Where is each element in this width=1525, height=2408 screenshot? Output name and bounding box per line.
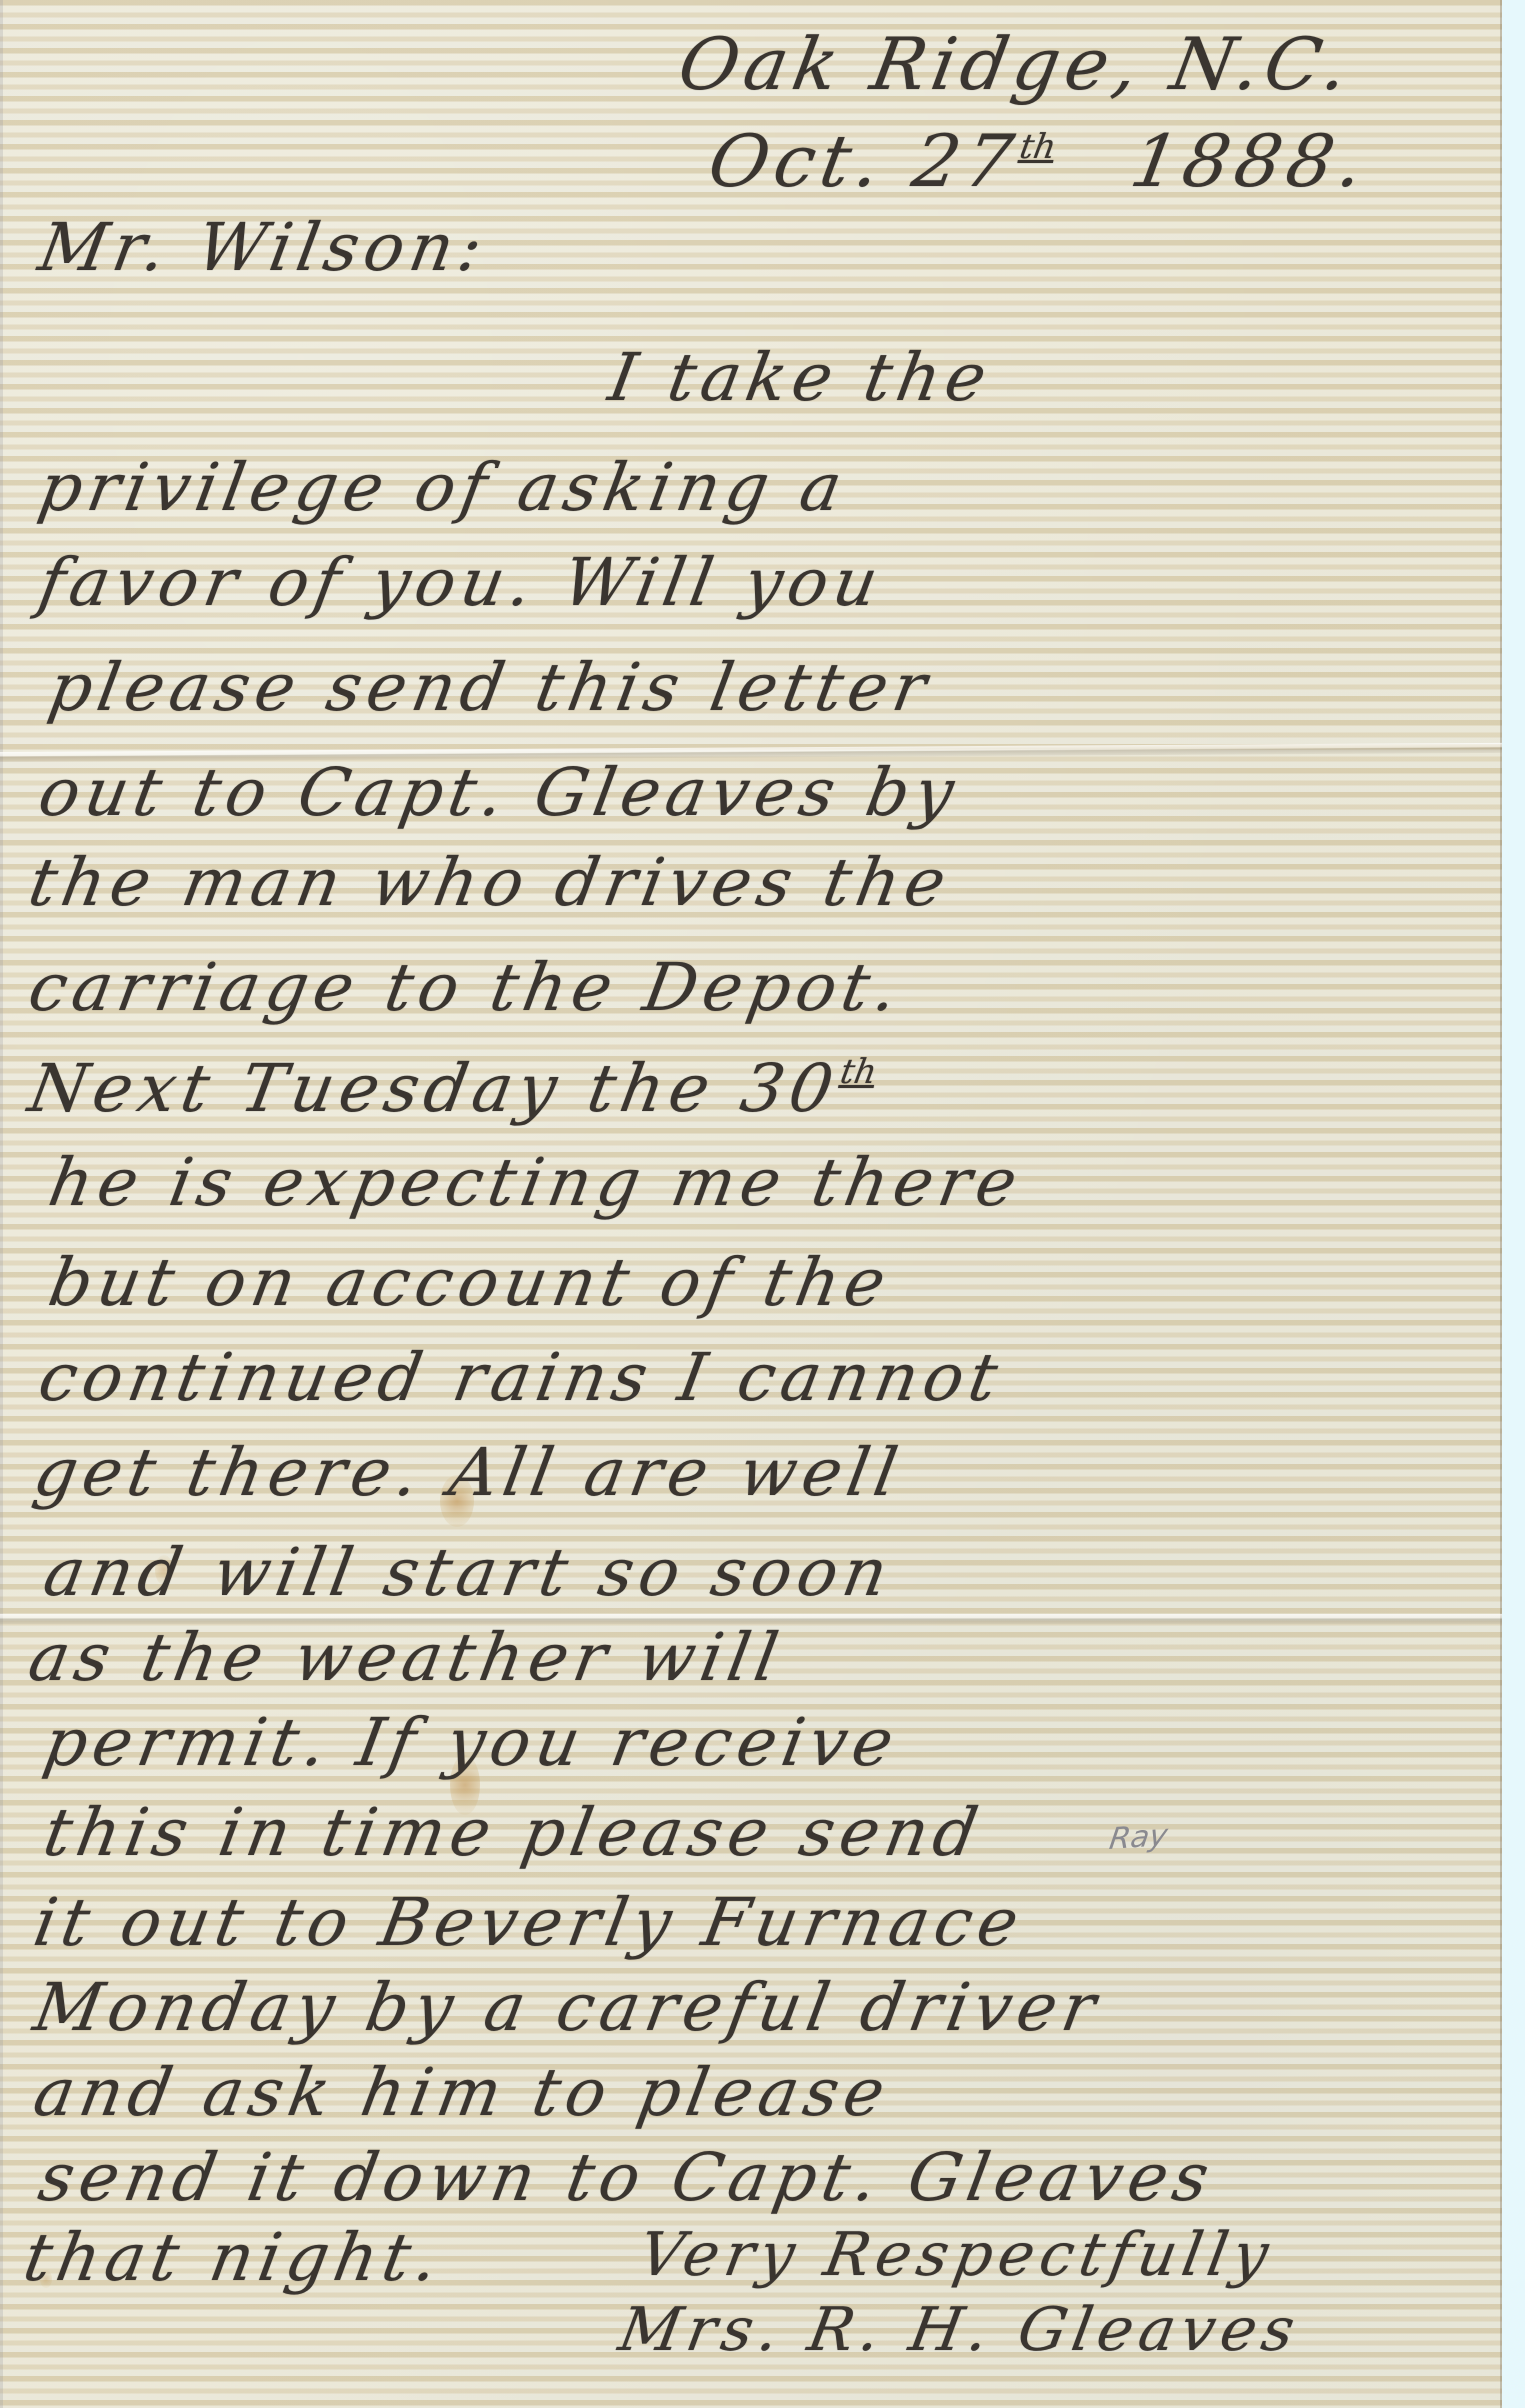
body-line: I take the	[604, 345, 997, 411]
body-line: as the weather will	[24, 1625, 788, 1691]
body-line: and ask him to please	[29, 2060, 895, 2126]
body-line: Next Tuesday the 30th	[24, 1055, 879, 1122]
body-line: get there. All are well	[29, 1440, 908, 1506]
body-line: that night.	[19, 2225, 448, 2291]
body-line: and will start so soon	[39, 1540, 898, 1606]
pencil-annotation: Ray	[1107, 1818, 1170, 1857]
letter-date-year: 1888.	[1125, 119, 1376, 203]
body-line-text: Next Tuesday the 30	[23, 1050, 844, 1127]
body-line: privilege of asking a	[34, 455, 852, 521]
closing: Very Respectfully	[635, 2225, 1279, 2285]
letter-paper: Oak Ridge, N.C. Oct. 27th 1888. Mr. Wils…	[0, 0, 1502, 2408]
letter-date: Oct. 27th 1888.	[704, 125, 1375, 197]
letter-place: Oak Ridge, N.C.	[674, 28, 1360, 100]
body-line: carriage to the Depot.	[24, 955, 908, 1021]
body-line: continued rains I cannot	[34, 1345, 1008, 1411]
body-line: this in time please send	[39, 1800, 988, 1866]
body-line: the man who drives the	[24, 850, 956, 916]
body-line: Monday by a careful driver	[29, 1975, 1106, 2041]
scanned-letter-page: Oak Ridge, N.C. Oct. 27th 1888. Mr. Wils…	[0, 0, 1525, 2408]
body-line: but on account of the	[44, 1250, 896, 1316]
letter-date-day: Oct. 27	[703, 119, 1025, 203]
signature: Mrs. R. H. Gleaves	[615, 2300, 1305, 2360]
letter-date-ordinal: th	[1017, 127, 1060, 167]
date-ordinal-superscript: th	[837, 1052, 880, 1092]
body-line: send it down to Capt. Gleaves	[34, 2145, 1219, 2211]
body-line: he is expecting me there	[44, 1150, 1027, 1216]
body-line: please send this letter	[44, 655, 937, 721]
body-line: permit. If you receive	[39, 1710, 904, 1776]
body-line: it out to Beverly Furnace	[29, 1890, 1029, 1956]
salutation: Mr. Wilson:	[34, 215, 493, 281]
body-line: out to Capt. Gleaves by	[34, 760, 964, 826]
body-line: favor of you. Will you	[34, 550, 888, 616]
